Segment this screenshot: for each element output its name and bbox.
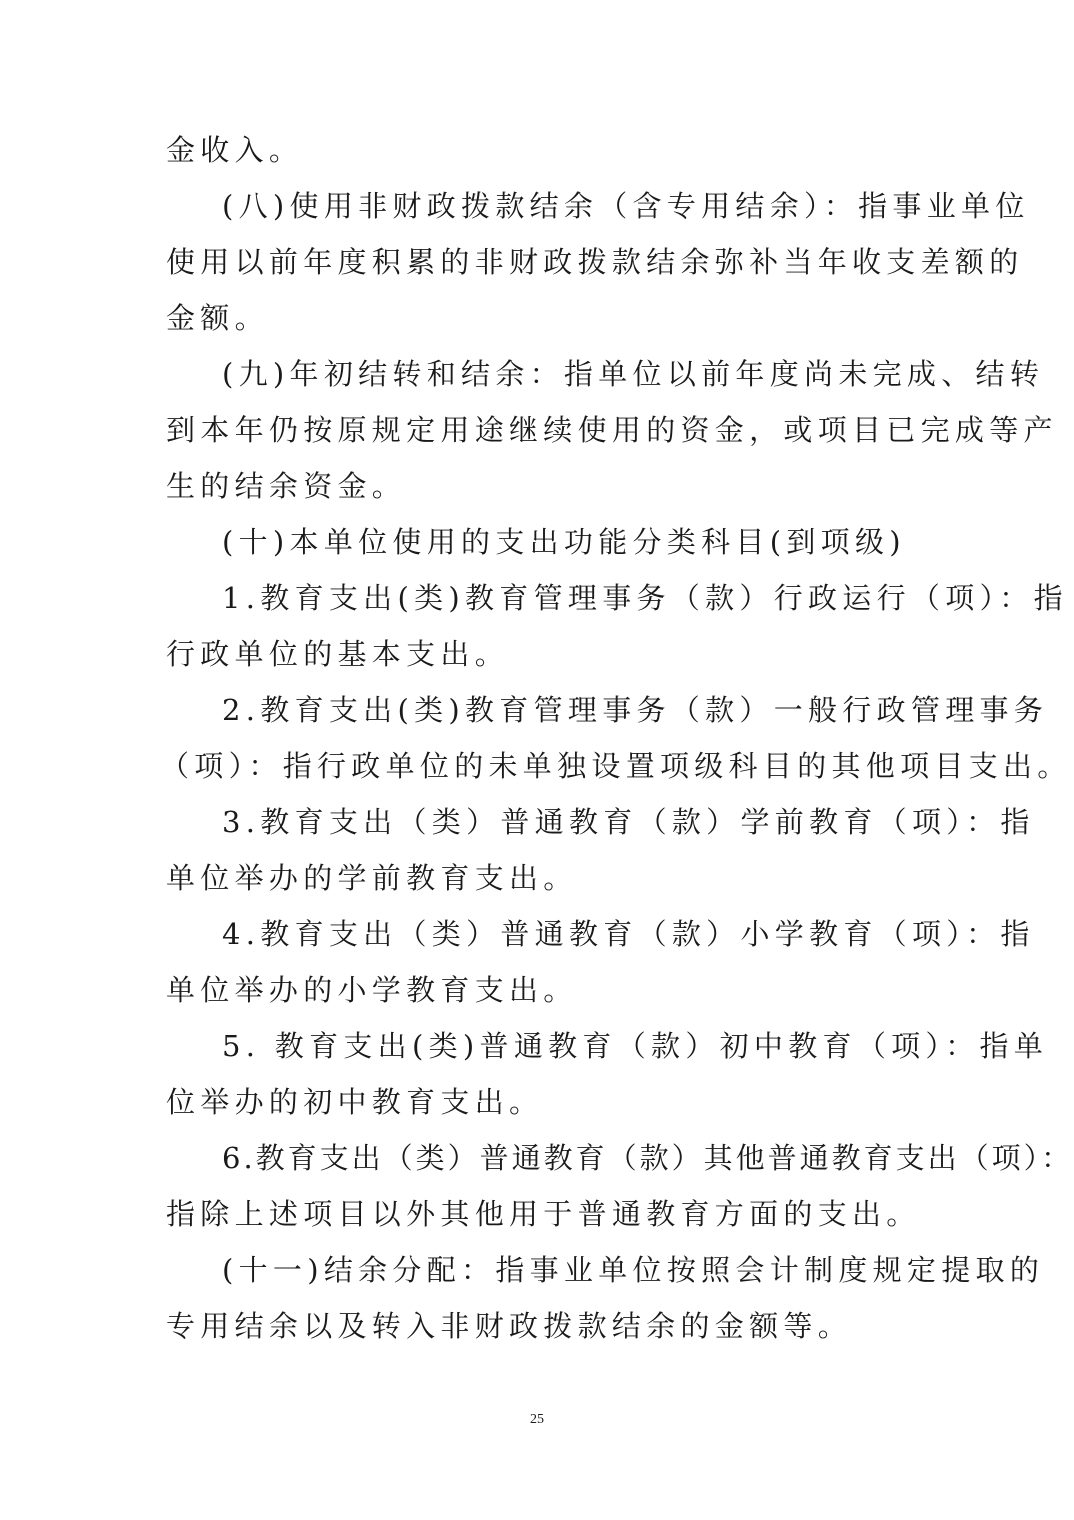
item-2: 2.教育支出(类)教育管理事务（款）一般行政管理事务 — [222, 690, 912, 730]
section-11-heading: (十一)结余分配：指事业单位按照会计制度规定提取的 — [222, 1250, 912, 1290]
section-10-heading: (十)本单位使用的支出功能分类科目(到项级) — [222, 522, 912, 562]
document-page: 金收入。 (八)使用非财政拨款结余（含专用结余）：指事业单位 使用以前年度积累的… — [0, 0, 1074, 1520]
item-4: 4.教育支出（类）普通教育（款）小学教育（项）：指 — [222, 914, 912, 954]
item-3: 3.教育支出（类）普通教育（款）学前教育（项）：指 — [222, 802, 912, 842]
text-line: 到本年仍按原规定用途继续使用的资金，或项目已完成等产 — [166, 410, 912, 450]
item-6: 6.教育支出（类）普通教育（款）其他普通教育支出（项）： — [222, 1138, 912, 1178]
text-line: 生的结余资金。 — [166, 466, 912, 506]
text-line: 专用结余以及转入非财政拨款结余的金额等。 — [166, 1306, 912, 1346]
section-8-heading: (八)使用非财政拨款结余（含专用结余）：指事业单位 — [222, 186, 912, 226]
section-9-heading: (九)年初结转和结余：指单位以前年度尚未完成、结转 — [222, 354, 912, 394]
text-line: 金额。 — [166, 298, 912, 338]
page-number: 25 — [0, 1412, 1074, 1428]
text-line: 使用以前年度积累的非财政拨款结余弥补当年收支差额的 — [166, 242, 912, 282]
text-line: 单位举办的小学教育支出。 — [166, 970, 912, 1010]
text-line: 指除上述项目以外其他用于普通教育方面的支出。 — [166, 1194, 912, 1234]
item-5: 5. 教育支出(类)普通教育（款）初中教育（项）：指单 — [222, 1026, 912, 1066]
item-1: 1.教育支出(类)教育管理事务（款）行政运行（项）：指 — [222, 578, 912, 618]
text-line: 行政单位的基本支出。 — [166, 634, 912, 674]
text-line: 单位举办的学前教育支出。 — [166, 858, 912, 898]
text-line: 位举办的初中教育支出。 — [166, 1082, 912, 1122]
text-line: （项）：指行政单位的未单独设置项级科目的其他项目支出。 — [160, 746, 906, 786]
text-line: 金收入。 — [166, 130, 912, 170]
